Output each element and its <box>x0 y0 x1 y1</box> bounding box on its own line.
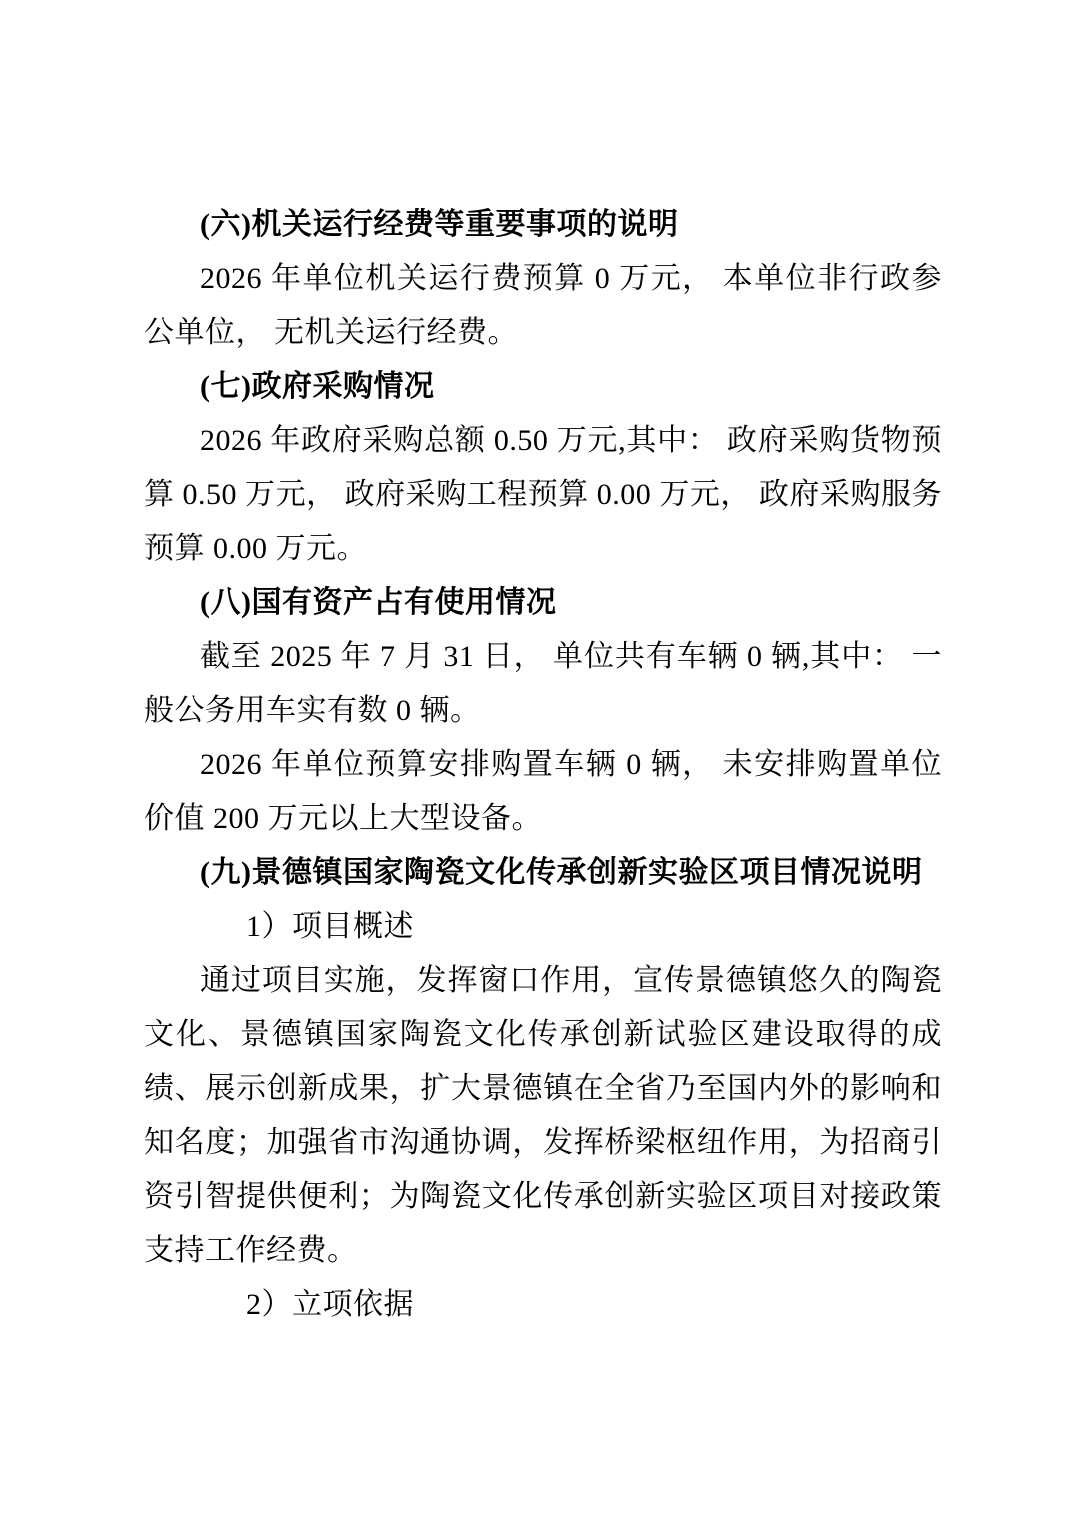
body-paragraph: 2026 年政府采购总额 0.50 万元,其中： 政府采购货物预算 0.50 万… <box>144 414 942 576</box>
document-content: (六)机关运行经费等重要事项的说明2026 年单位机关运行费预算 0 万元， 本… <box>144 198 942 1332</box>
section-heading: (八)国有资产占有使用情况 <box>144 576 942 630</box>
body-paragraph: 2026 年单位机关运行费预算 0 万元， 本单位非行政参公单位， 无机关运行经… <box>144 252 942 360</box>
body-paragraph: 2026 年单位预算安排购置车辆 0 辆， 未安排购置单位价值 200 万元以上… <box>144 738 942 846</box>
document-page: (六)机关运行经费等重要事项的说明2026 年单位机关运行费预算 0 万元， 本… <box>0 0 1074 1520</box>
body-paragraph: 截至 2025 年 7 月 31 日， 单位共有车辆 0 辆,其中： 一般公务用… <box>144 630 942 738</box>
sub-heading: 2）立项依据 <box>144 1278 942 1332</box>
body-paragraph: 通过项目实施，发挥窗口作用，宣传景德镇悠久的陶瓷文化、景德镇国家陶瓷文化传承创新… <box>144 954 942 1278</box>
section-heading: (七)政府采购情况 <box>144 360 942 414</box>
section-heading: (九)景德镇国家陶瓷文化传承创新实验区项目情况说明 <box>144 846 942 900</box>
sub-heading: 1）项目概述 <box>144 900 942 954</box>
section-heading: (六)机关运行经费等重要事项的说明 <box>144 198 942 252</box>
